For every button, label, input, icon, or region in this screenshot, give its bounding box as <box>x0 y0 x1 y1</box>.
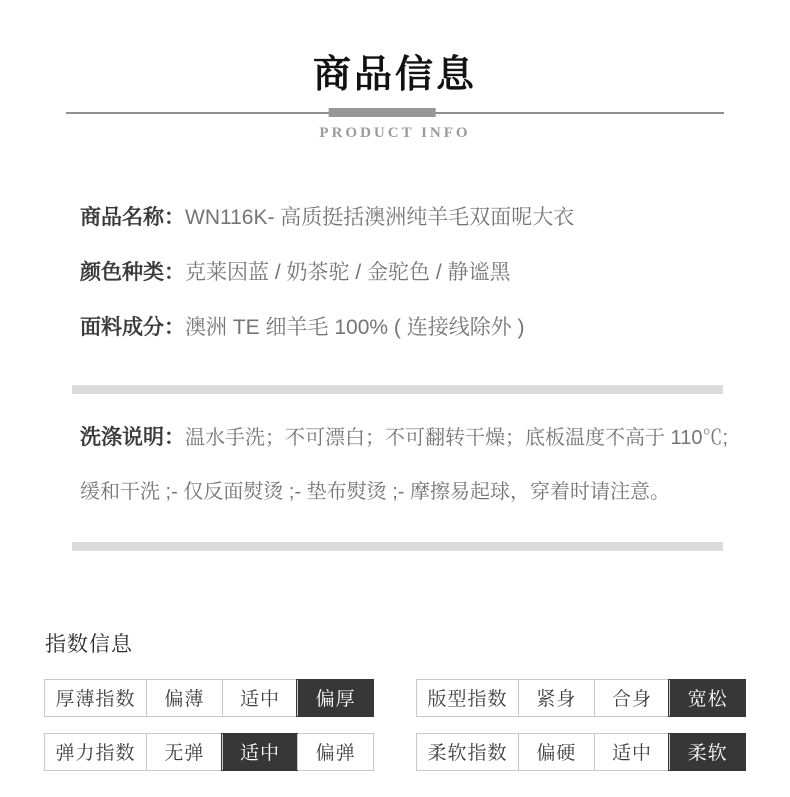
washing-line-1: 洗涤说明：温水手洗；不可漂白；不可翻转干燥；底板温度不高于 110℃; <box>80 426 750 450</box>
detail-value: 澳洲 TE 细羊毛 100% ( 连接线除外 ) <box>185 316 525 339</box>
index-tables-grid: 厚薄指数 偏薄 适中 偏厚 版型指数 紧身 合身 宽松 弹力指数 无弹 适中 偏… <box>44 679 790 771</box>
index-option: 偏硬 <box>518 734 594 770</box>
index-option: 偏弹 <box>297 734 373 770</box>
index-option-selected: 适中 <box>222 734 298 770</box>
index-option-selected: 偏厚 <box>297 680 373 716</box>
index-table-thickness: 厚薄指数 偏薄 适中 偏厚 <box>44 679 374 717</box>
index-option: 适中 <box>222 680 298 716</box>
washing-instructions: 洗涤说明：温水手洗；不可漂白；不可翻转干燥；底板温度不高于 110℃; 缓和干洗… <box>80 426 750 504</box>
washing-line-2: 缓和干洗 ;- 仅反面熨烫 ;- 垫布熨烫 ;- 摩擦易起球，穿着时请注意。 <box>80 480 750 504</box>
detail-row-colors: 颜色种类：克莱因蓝 / 奶茶驼 / 金驼色 / 静谧黑 <box>80 261 730 285</box>
index-section-title: 指数信息 <box>45 628 790 658</box>
index-option: 合身 <box>594 680 670 716</box>
index-table-fit: 版型指数 紧身 合身 宽松 <box>416 679 746 717</box>
product-info-page: 商品信息 PRODUCT INFO 商品名称：WN116K- 高质挺括澳洲纯羊毛… <box>0 0 790 797</box>
detail-value: WN116K- 高质挺括澳洲纯羊毛双面呢大衣 <box>185 206 574 229</box>
divider-center-segment <box>329 108 436 117</box>
index-table-elasticity: 弹力指数 无弹 适中 偏弹 <box>44 733 374 771</box>
index-option: 适中 <box>594 734 670 770</box>
index-option-selected: 宽松 <box>669 680 745 716</box>
title-divider <box>66 108 724 118</box>
section-divider-bar <box>72 385 723 394</box>
index-option: 偏薄 <box>146 680 222 716</box>
index-table-name: 厚薄指数 <box>45 680 146 716</box>
index-table-name: 版型指数 <box>417 680 518 716</box>
detail-row-fabric: 面料成分：澳洲 TE 细羊毛 100% ( 连接线除外 ) <box>80 316 730 340</box>
index-table-name: 弹力指数 <box>45 734 146 770</box>
section-divider-bar <box>72 542 723 551</box>
page-title: 商品信息 <box>0 0 790 100</box>
index-table-softness: 柔软指数 偏硬 适中 柔软 <box>416 733 746 771</box>
detail-label: 面料成分： <box>80 316 185 339</box>
index-option: 无弹 <box>146 734 222 770</box>
washing-label: 洗涤说明： <box>80 426 185 449</box>
page-subtitle: PRODUCT INFO <box>0 125 790 142</box>
washing-text: 温水手洗；不可漂白；不可翻转干燥；底板温度不高于 110℃; <box>185 427 728 449</box>
index-option: 紧身 <box>518 680 594 716</box>
index-table-name: 柔软指数 <box>417 734 518 770</box>
product-details: 商品名称：WN116K- 高质挺括澳洲纯羊毛双面呢大衣 颜色种类：克莱因蓝 / … <box>80 206 730 340</box>
detail-label: 商品名称： <box>80 206 185 229</box>
detail-value: 克莱因蓝 / 奶茶驼 / 金驼色 / 静谧黑 <box>185 261 511 284</box>
detail-row-product-name: 商品名称：WN116K- 高质挺括澳洲纯羊毛双面呢大衣 <box>80 206 730 230</box>
index-option-selected: 柔软 <box>669 734 745 770</box>
detail-label: 颜色种类： <box>80 261 185 284</box>
